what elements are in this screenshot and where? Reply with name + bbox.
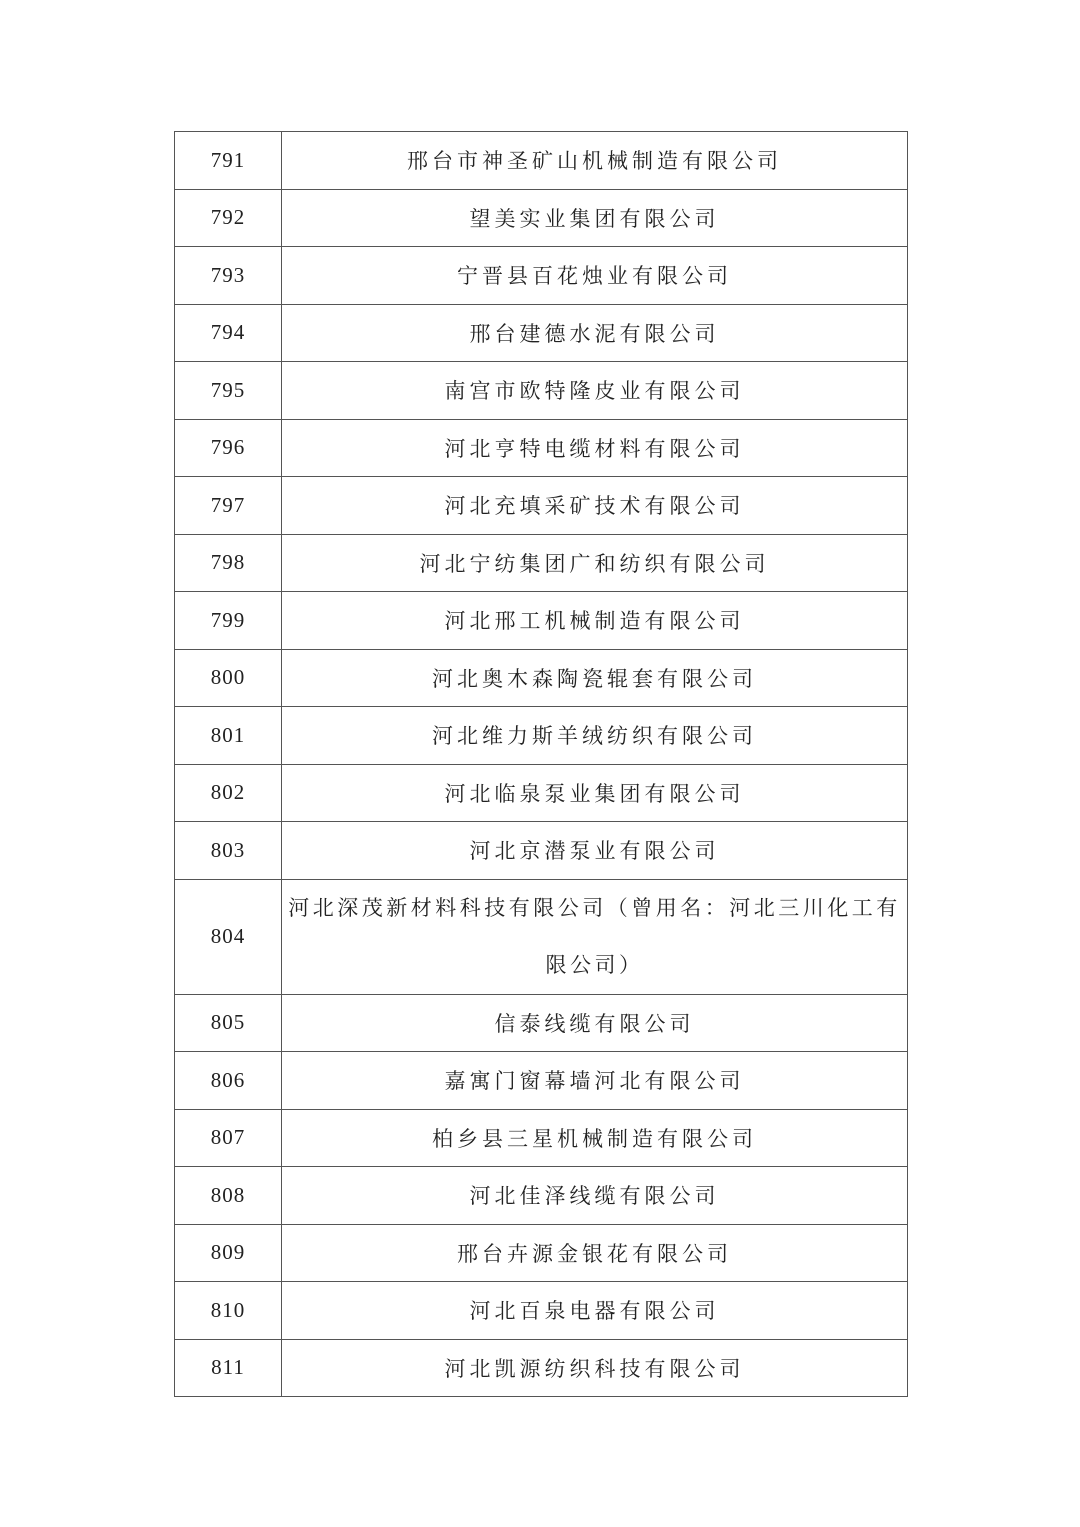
- table-row: 791邢台市神圣矿山机械制造有限公司: [175, 132, 908, 190]
- row-number: 800: [175, 649, 282, 707]
- row-number: 791: [175, 132, 282, 190]
- table-row: 793宁晋县百花烛业有限公司: [175, 247, 908, 305]
- document-page: 791邢台市神圣矿山机械制造有限公司 792望美实业集团有限公司 793宁晋县百…: [0, 0, 1080, 1527]
- company-name: 嘉寓门窗幕墙河北有限公司: [282, 1052, 908, 1110]
- table-row: 809邢台卉源金银花有限公司: [175, 1224, 908, 1282]
- table-row: 808河北佳泽线缆有限公司: [175, 1167, 908, 1225]
- company-name: 河北深茂新材料科技有限公司（曾用名：河北三川化工有限公司）: [282, 879, 908, 994]
- table-row: 811河北凯源纺织科技有限公司: [175, 1339, 908, 1397]
- row-number: 796: [175, 419, 282, 477]
- table-row: 807柏乡县三星机械制造有限公司: [175, 1109, 908, 1167]
- table-row: 800河北奥木森陶瓷辊套有限公司: [175, 649, 908, 707]
- row-number: 802: [175, 764, 282, 822]
- company-name: 邢台市神圣矿山机械制造有限公司: [282, 132, 908, 190]
- row-number: 793: [175, 247, 282, 305]
- row-number: 794: [175, 304, 282, 362]
- company-name: 南宫市欧特隆皮业有限公司: [282, 362, 908, 420]
- table-row: 803河北京潜泵业有限公司: [175, 822, 908, 880]
- company-name: 邢台建德水泥有限公司: [282, 304, 908, 362]
- table-row: 805信泰线缆有限公司: [175, 994, 908, 1052]
- row-number: 798: [175, 534, 282, 592]
- table-row: 801河北维力斯羊绒纺织有限公司: [175, 707, 908, 765]
- company-name: 宁晋县百花烛业有限公司: [282, 247, 908, 305]
- company-name: 河北宁纺集团广和纺织有限公司: [282, 534, 908, 592]
- table-row: 806嘉寓门窗幕墙河北有限公司: [175, 1052, 908, 1110]
- row-number: 801: [175, 707, 282, 765]
- table-row: 795南宫市欧特隆皮业有限公司: [175, 362, 908, 420]
- company-name: 信泰线缆有限公司: [282, 994, 908, 1052]
- row-number: 811: [175, 1339, 282, 1397]
- company-name: 河北维力斯羊绒纺织有限公司: [282, 707, 908, 765]
- row-number: 809: [175, 1224, 282, 1282]
- row-number: 799: [175, 592, 282, 650]
- table-row: 796河北亨特电缆材料有限公司: [175, 419, 908, 477]
- table-row: 798河北宁纺集团广和纺织有限公司: [175, 534, 908, 592]
- table-row: 794邢台建德水泥有限公司: [175, 304, 908, 362]
- row-number: 807: [175, 1109, 282, 1167]
- row-number: 810: [175, 1282, 282, 1340]
- row-number: 795: [175, 362, 282, 420]
- company-name: 河北亨特电缆材料有限公司: [282, 419, 908, 477]
- company-name: 柏乡县三星机械制造有限公司: [282, 1109, 908, 1167]
- row-number: 804: [175, 879, 282, 994]
- row-number: 797: [175, 477, 282, 535]
- row-number: 792: [175, 189, 282, 247]
- table-row: 802河北临泉泵业集团有限公司: [175, 764, 908, 822]
- company-name: 河北佳泽线缆有限公司: [282, 1167, 908, 1225]
- table-row: 804河北深茂新材料科技有限公司（曾用名：河北三川化工有限公司）: [175, 879, 908, 994]
- company-name: 河北凯源纺织科技有限公司: [282, 1339, 908, 1397]
- company-list-table: 791邢台市神圣矿山机械制造有限公司 792望美实业集团有限公司 793宁晋县百…: [174, 131, 908, 1397]
- company-name: 河北百泉电器有限公司: [282, 1282, 908, 1340]
- company-name: 河北临泉泵业集团有限公司: [282, 764, 908, 822]
- table-row: 799河北邢工机械制造有限公司: [175, 592, 908, 650]
- row-number: 805: [175, 994, 282, 1052]
- table-row: 797河北充填采矿技术有限公司: [175, 477, 908, 535]
- table-row: 810河北百泉电器有限公司: [175, 1282, 908, 1340]
- table-row: 792望美实业集团有限公司: [175, 189, 908, 247]
- row-number: 806: [175, 1052, 282, 1110]
- company-name: 邢台卉源金银花有限公司: [282, 1224, 908, 1282]
- company-name: 河北邢工机械制造有限公司: [282, 592, 908, 650]
- row-number: 803: [175, 822, 282, 880]
- company-name: 河北充填采矿技术有限公司: [282, 477, 908, 535]
- company-name: 河北京潜泵业有限公司: [282, 822, 908, 880]
- company-name: 河北奥木森陶瓷辊套有限公司: [282, 649, 908, 707]
- company-name: 望美实业集团有限公司: [282, 189, 908, 247]
- row-number: 808: [175, 1167, 282, 1225]
